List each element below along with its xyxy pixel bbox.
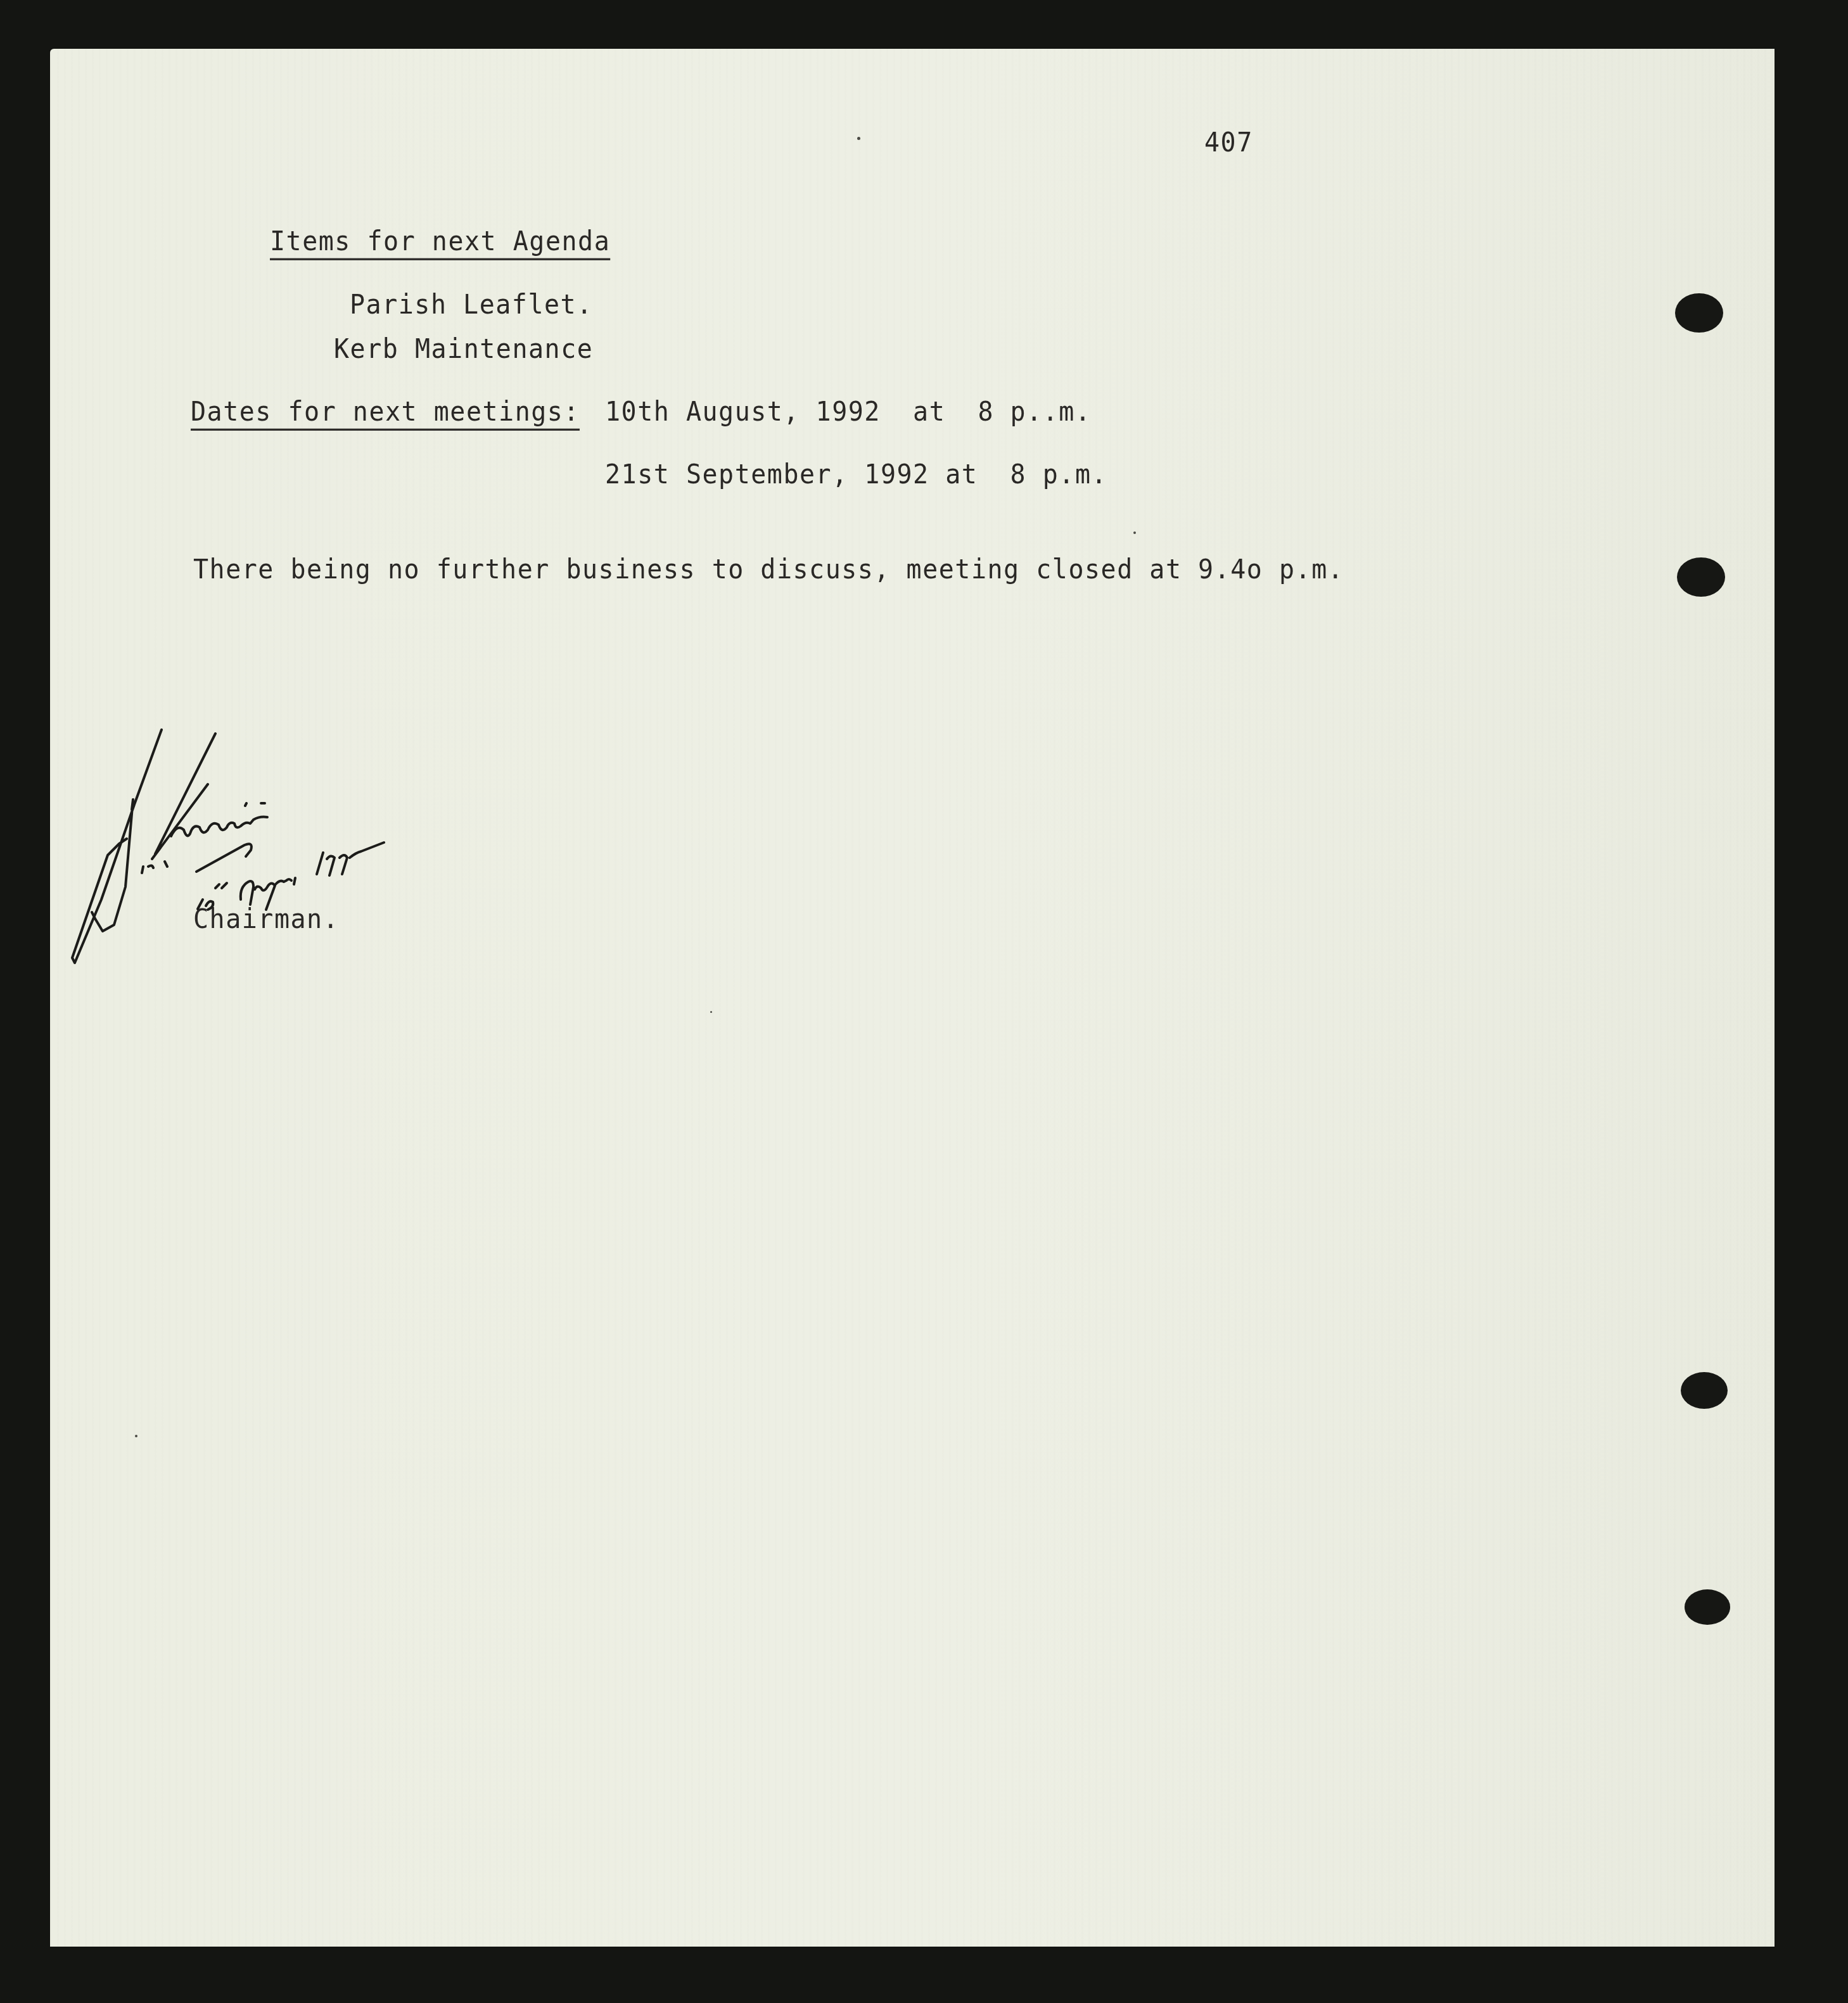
- agenda-item: Kerb Maintenance: [334, 335, 593, 362]
- paper-speck: [1133, 531, 1136, 534]
- punch-hole: [1677, 557, 1725, 597]
- paper-speck: [857, 137, 860, 140]
- punch-hole: [1681, 1372, 1728, 1409]
- meeting-date: 21st September, 1992 at 8 p.m.: [605, 461, 1107, 488]
- paper-speck: [135, 1435, 137, 1437]
- meeting-date: 10th August, 1992 at 8 p..m.: [605, 398, 1091, 425]
- punch-hole: [1685, 1589, 1730, 1625]
- punch-hole: [1675, 293, 1723, 333]
- meetings-label: Dates for next meetings:: [191, 398, 580, 425]
- paper-speck: [710, 1011, 712, 1013]
- handwritten-signature: [63, 709, 760, 976]
- closing-statement: There being no further business to discu…: [193, 556, 1344, 583]
- page-number: 407: [1204, 129, 1253, 156]
- document-page: 407 Items for next Agenda Parish Leaflet…: [50, 49, 1775, 1947]
- agenda-heading: Items for next Agenda: [270, 227, 610, 255]
- agenda-item: Parish Leaflet.: [350, 291, 593, 318]
